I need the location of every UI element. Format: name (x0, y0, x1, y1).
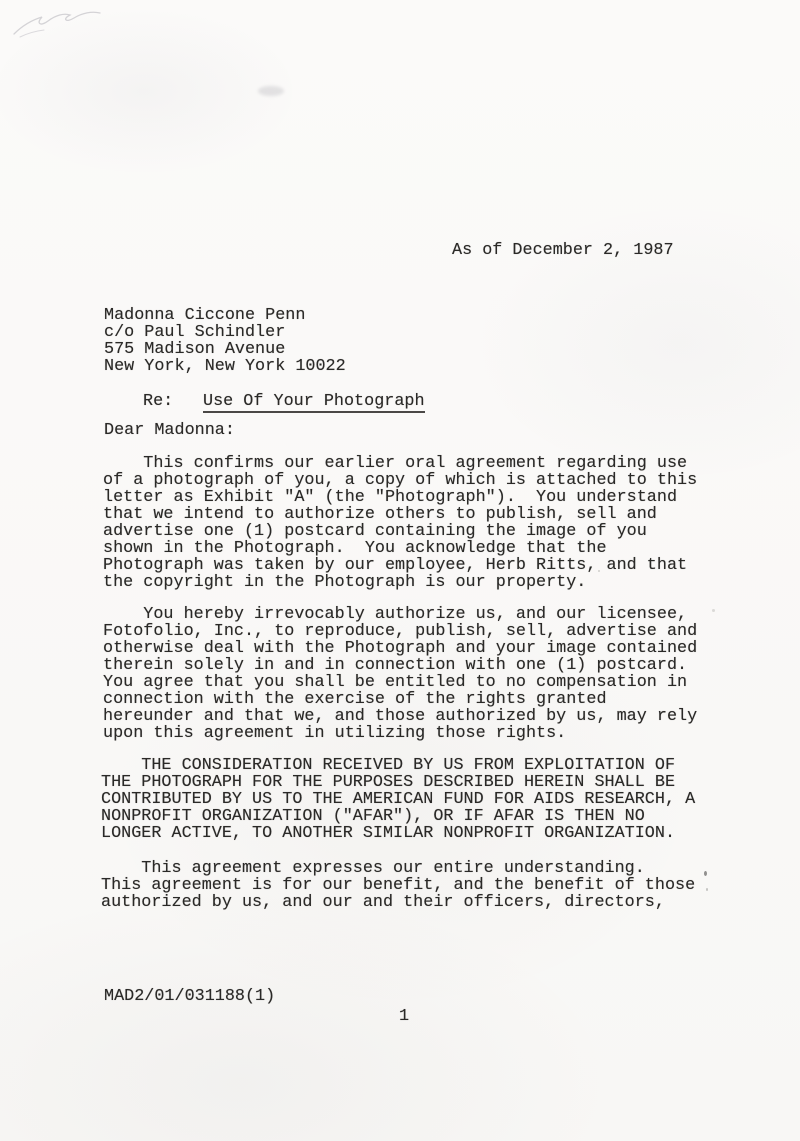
date-line: As of December 2, 1987 (452, 242, 674, 259)
scanned-letter-page: As of December 2, 1987 Madonna Ciccone P… (0, 0, 800, 1141)
pencil-scribble-mark (10, 4, 120, 44)
page-number: 1 (399, 1008, 409, 1025)
scan-smudge (258, 86, 284, 96)
paragraph-4: This agreement expresses our entire unde… (101, 860, 695, 911)
paragraph-1: This confirms our earlier oral agreement… (103, 455, 697, 591)
recipient-address-block: Madonna Ciccone Penn c/o Paul Schindler … (104, 307, 346, 375)
paragraph-3-consideration-caps: THE CONSIDERATION RECEIVED BY US FROM EX… (101, 757, 695, 842)
re-label: Re: (143, 393, 173, 410)
salutation: Dear Madonna: (104, 422, 235, 439)
scan-speck (712, 609, 715, 612)
paragraph-2: You hereby irrevocably authorize us, and… (103, 606, 697, 742)
scan-speck (706, 888, 708, 891)
scan-speck (704, 871, 707, 876)
re-subject-underlined: Use Of Your Photograph (203, 393, 425, 413)
document-reference-number: MAD2/01/031188(1) (104, 988, 275, 1005)
